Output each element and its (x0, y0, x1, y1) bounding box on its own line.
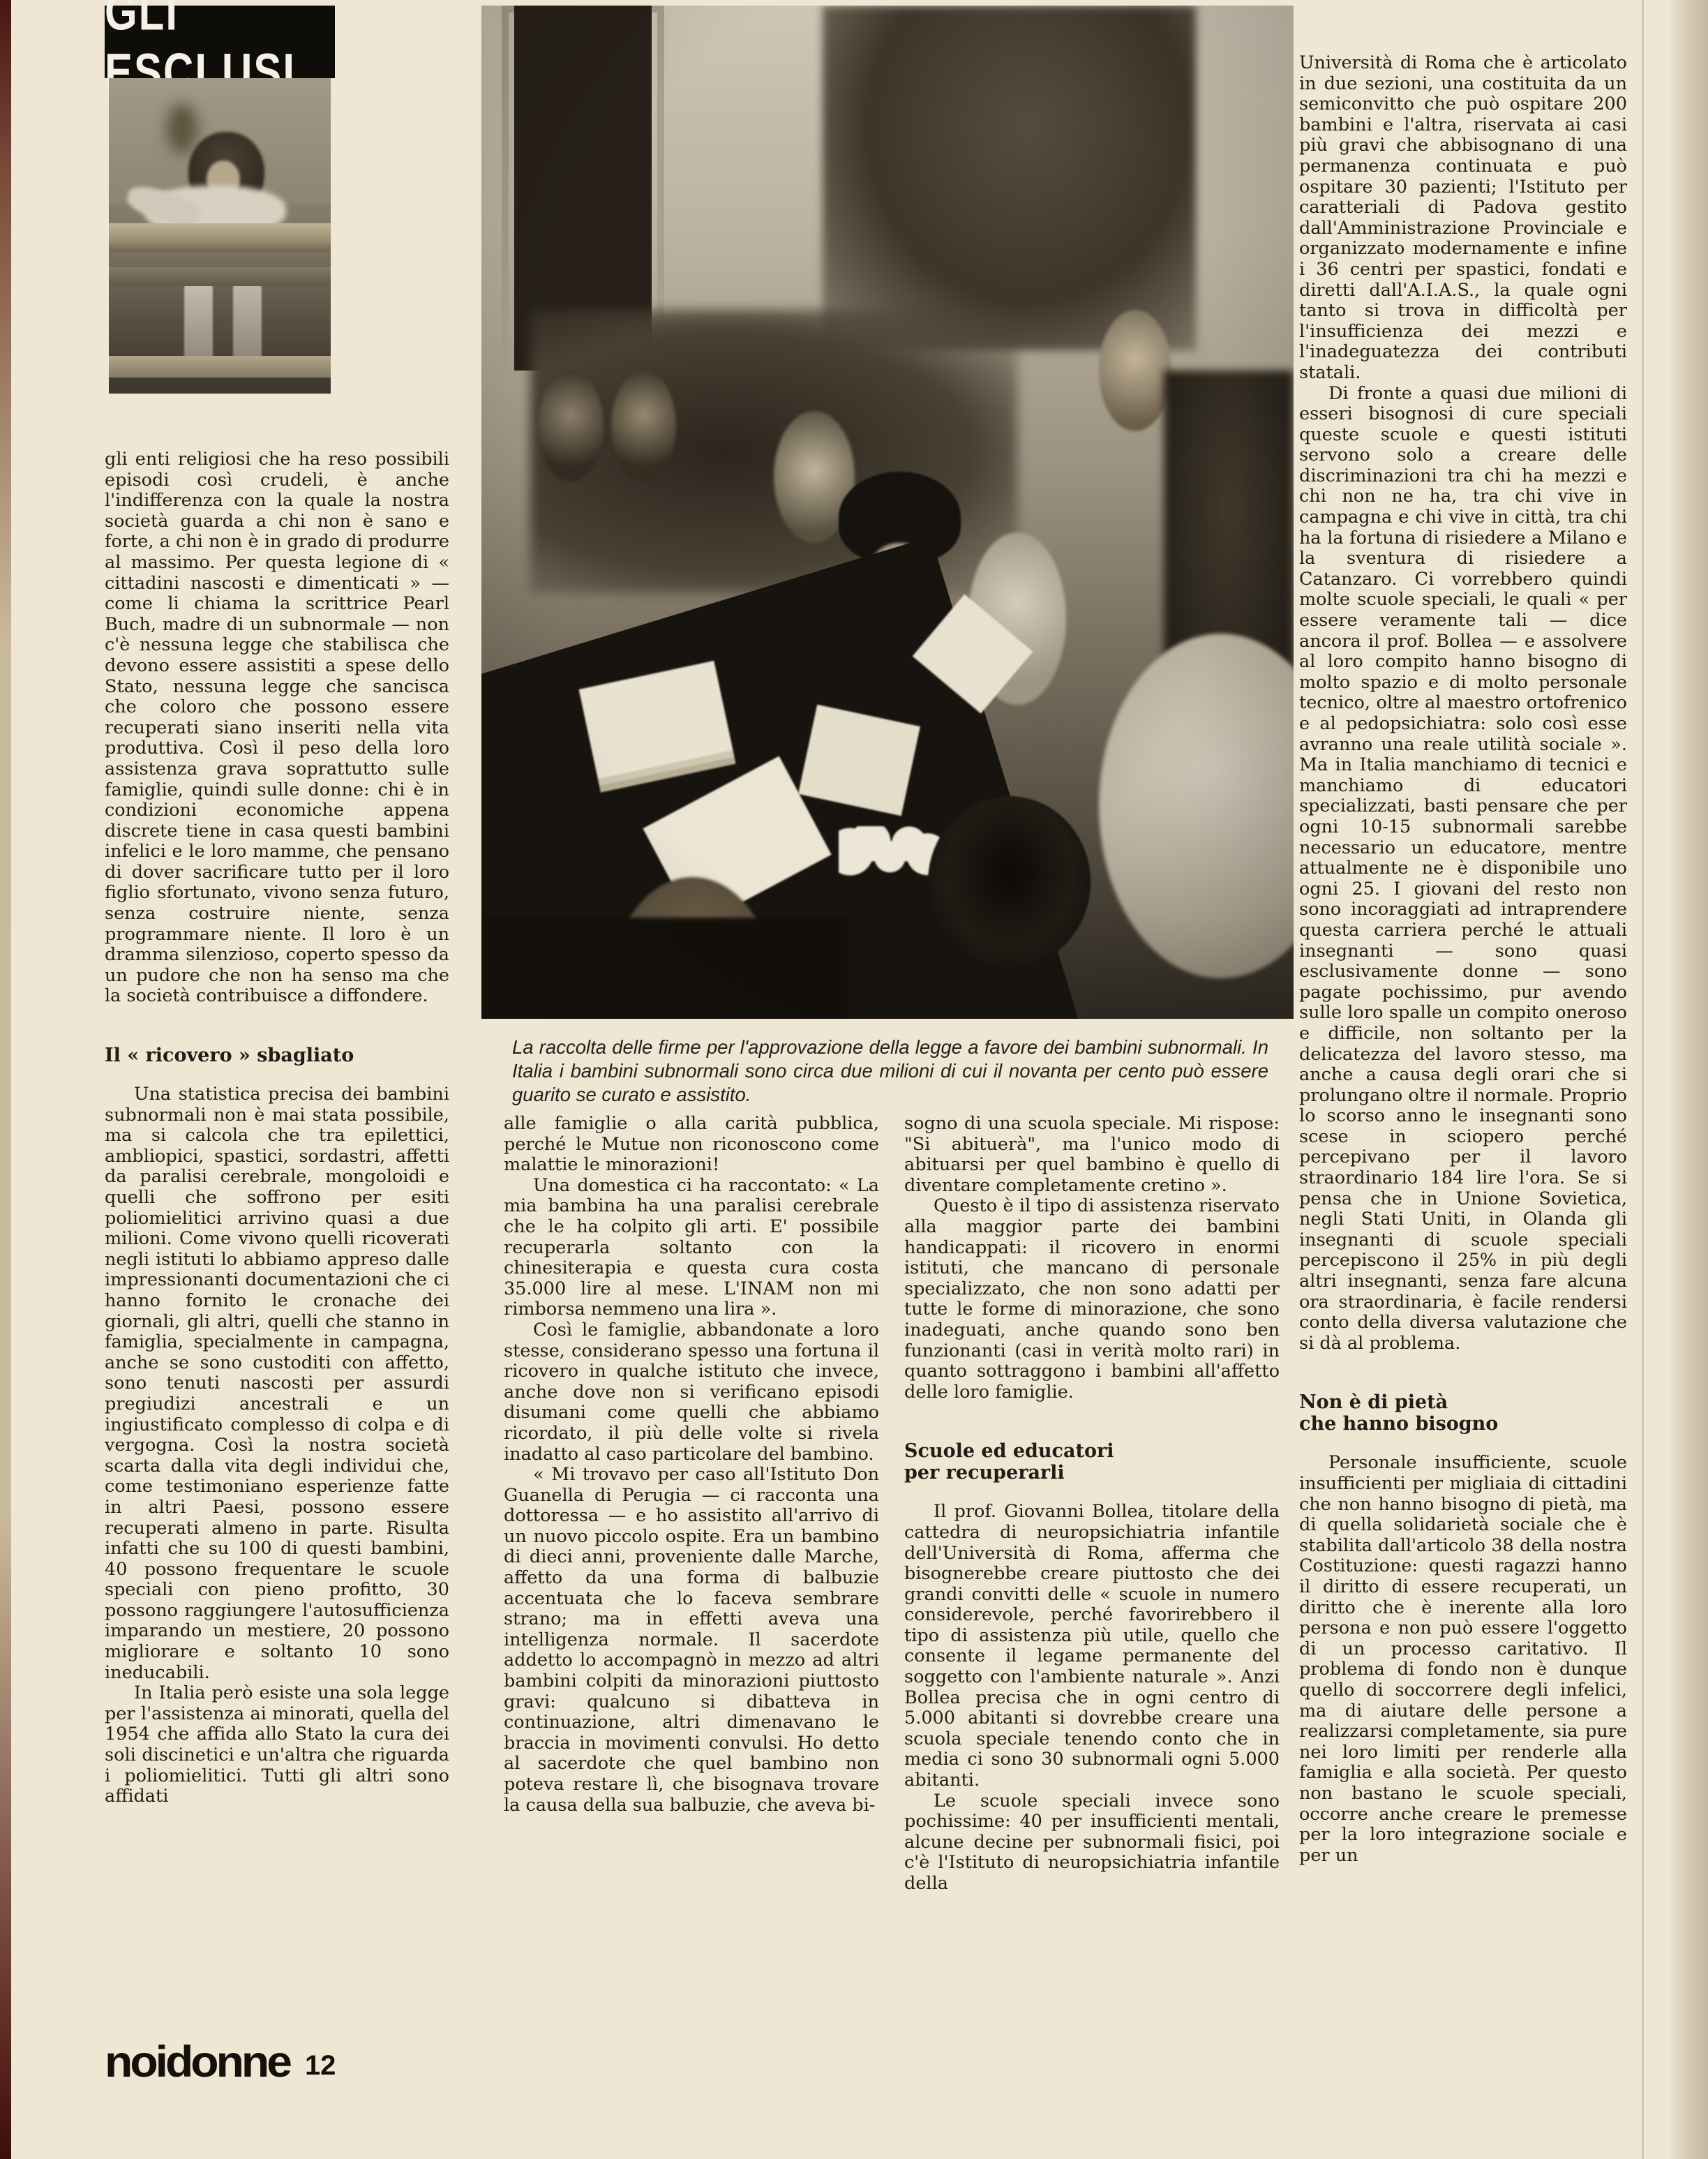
paragraph: sogno di una scuola speciale. Mi rispose… (904, 1114, 1280, 1196)
paragraph: Il prof. Giovanni Bollea, titolare della… (904, 1502, 1280, 1791)
scan-edge-left (0, 0, 11, 2159)
subhead-ricovero: Il « ricovero » sbagliato (105, 1045, 449, 1066)
page-number: 12 (305, 2050, 336, 2082)
paragraph: In Italia però esiste una sola legge per… (105, 1683, 449, 1807)
article-column-4: Università di Roma che è articolato in d… (1299, 53, 1627, 1979)
paragraph: Personale insufficiente, scuole insuffic… (1299, 1453, 1627, 1866)
subhead-scuole-educatori: Scuole ed educatori per recuperarli (904, 1440, 1280, 1484)
girl-writing-photo (109, 78, 331, 394)
paragraph: Questo è il tipo di assistenza riservato… (904, 1196, 1280, 1403)
paragraph: Università di Roma che è articolato in d… (1299, 53, 1627, 384)
article-column-3: sogno di una scuola speciale. Mi rispose… (904, 1114, 1280, 2098)
paragraph: « Mi trovavo per caso all'Istituto Don G… (504, 1465, 879, 1816)
photo-shape (109, 356, 331, 378)
article-column-2: alle famiglie o alla carità pubblica, pe… (504, 1114, 879, 2098)
paragraph: alle famiglie o alla carità pubblica, pe… (504, 1114, 879, 1176)
page-fold-line (1642, 0, 1644, 2159)
article-column-1: gli enti religiosi che ha reso possibili… (105, 449, 449, 2047)
subhead-non-pieta: Non è di pietà che hanno bisogno (1299, 1391, 1627, 1435)
section-banner: GLI ESCLUSI (105, 6, 335, 78)
paragraph: gli enti religiosi che ha reso possibili… (105, 449, 449, 1007)
signature-collection-photo (481, 6, 1294, 1019)
photo-shape (167, 103, 198, 154)
paragraph: Le scuole speciali invece sono pochissim… (904, 1791, 1280, 1895)
scan-edge-right (1668, 0, 1708, 2159)
magazine-page: GLI ESCLUSI (0, 0, 1708, 2159)
photo-shape (109, 223, 331, 252)
footer-logo: noidonne 12 (105, 2035, 336, 2088)
paragraph: Una domestica ci ha raccontato: « La mia… (504, 1176, 879, 1320)
paragraph: Una statistica precisa dei bambini subno… (105, 1084, 449, 1683)
paragraph: Di fronte a quasi due milioni di esseri … (1299, 384, 1627, 1354)
magazine-name: noidonne (105, 2036, 290, 2086)
photo-caption: La raccolta delle firme per l'approvazio… (512, 1036, 1268, 1107)
paragraph: Così le famiglie, abbandonate a loro ste… (504, 1320, 879, 1465)
photo-shape (481, 6, 1294, 1019)
feature-block: GLI ESCLUSI (105, 6, 335, 394)
